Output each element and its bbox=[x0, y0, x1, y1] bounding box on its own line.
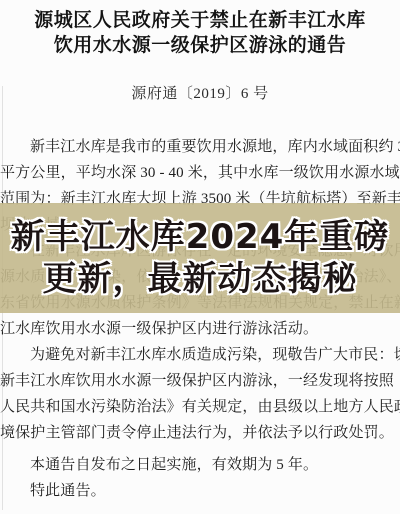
document-line: 本通告自发布之日起实施，有效期为 5 年。 bbox=[0, 452, 400, 478]
document-line: 特此通告。 bbox=[0, 478, 400, 504]
document-title-line1: 源城区人民政府关于禁止在新丰江水库 bbox=[0, 9, 400, 34]
promo-overlay-banner: 新丰江水库2024年重磅 更新，最新动态揭秘 bbox=[0, 203, 400, 313]
document-body: 新丰江水库是我市的重要饮用水源地，库内水域面积约 370平方公里，平均水深 30… bbox=[0, 134, 400, 504]
document-line: 平方公里，平均水深 30 - 40 米，其中水库一级饮用水源水域保护 bbox=[0, 160, 400, 186]
document-line: 江水库饮用水水源一级保护区内进行游泳活动。 bbox=[0, 316, 400, 342]
promo-overlay-line1: 新丰江水库2024年重磅 bbox=[11, 216, 390, 258]
document-line: 新丰江水库饮用水水源一级保护区内游泳，一经发现将按照《中华 bbox=[0, 368, 400, 394]
document-title-line2: 饮用水水源一级保护区游泳的通告 bbox=[0, 34, 400, 59]
promo-overlay-line2: 更新，最新动态揭秘 bbox=[43, 258, 358, 300]
notice-document-page: 源城区人民政府关于禁止在新丰江水库 饮用水水源一级保护区游泳的通告 源府通〔20… bbox=[0, 0, 400, 514]
document-line: 新丰江水库是我市的重要饮用水源地，库内水域面积约 370 bbox=[0, 134, 400, 160]
document-number: 源府通〔2019〕6 号 bbox=[0, 85, 400, 103]
document-line: 人民共和国水污染防治法》有关规定，由县级以上地方人民政府环 bbox=[0, 394, 400, 420]
document-line: 境保护主管部门责令停止违法行为，并依法予以行政处罚。 bbox=[0, 420, 400, 446]
document-line: 为避免对新丰江水库水质造成污染，现敬告广大市民：切勿在 bbox=[0, 342, 400, 368]
document-title: 源城区人民政府关于禁止在新丰江水库 饮用水水源一级保护区游泳的通告 bbox=[0, 9, 400, 58]
